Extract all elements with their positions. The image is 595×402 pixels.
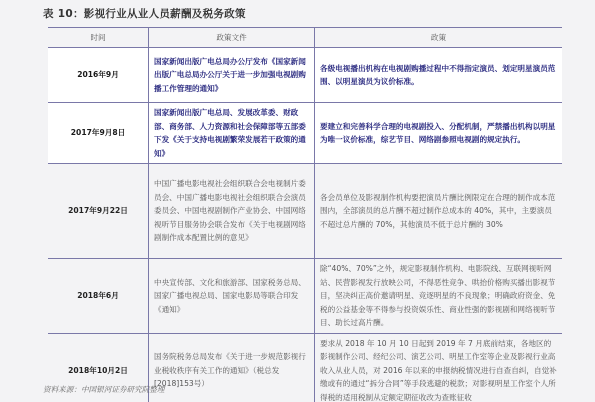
cell-document: 中央宣传部、文化和旅游部、国家税务总局、国家广播电视总局、国家电影局等联合印发《… — [149, 259, 315, 334]
table-header-row: 时间 政策文件 政策 — [48, 28, 562, 48]
table-caption: 表 10：影视行业从业人员薪酬及税务政策 — [43, 6, 246, 21]
table-row: 2017年9月8日 国家新闻出版广电总局、发展改革委、财政部、商务部、人力资源和… — [48, 103, 562, 164]
cell-document: 中国广播电影电视社会组织联合会电视制片委员会、中国广播电影电视社会组织联合会演员… — [149, 164, 315, 259]
policy-table: 时间 政策文件 政策 2016年9月 国家新闻出版广电总局办公厅发布《国家新闻出… — [48, 27, 562, 402]
cell-policy: 各级电视播出机构在电视剧购播过程中不得指定演员、划定明星演员范围、以明星演员为议… — [315, 48, 563, 103]
table-row: 2018年6月 中央宣传部、文化和旅游部、国家税务总局、国家广播电视总局、国家电… — [48, 259, 562, 334]
cell-document: 国家新闻出版广电总局、发展改革委、财政部、商务部、人力资源和社会保障部等五部委下… — [149, 103, 315, 164]
cell-policy: 各会员单位及影视制作机构要把演员片酬比例限定在合理的制作成本范围内，全部演员的总… — [315, 164, 563, 259]
cell-policy: 要求从 2018 年 10 月 10 日起到 2019 年 7 月底前结束，各地… — [315, 333, 563, 402]
cell-time: 2016年9月 — [48, 48, 149, 103]
cell-time: 2017年9月8日 — [48, 103, 149, 164]
cell-time: 2017年9月22日 — [48, 164, 149, 259]
header-document: 政策文件 — [149, 28, 315, 48]
cell-time: 2018年6月 — [48, 259, 149, 334]
cell-document: 国家新闻出版广电总局办公厅发布《国家新闻出版广电总局办公厅关于进一步加强电视剧购… — [149, 48, 315, 103]
header-policy: 政策 — [315, 28, 563, 48]
table-row: 2017年9月22日 中国广播电影电视社会组织联合会电视制片委员会、中国广播电影… — [48, 164, 562, 259]
cell-document: 国务院税务总局发布《关于进一步规范影视行业税收秩序有关工作的通知》（税总发[20… — [149, 333, 315, 402]
header-time: 时间 — [48, 28, 149, 48]
cell-policy: 要建立和完善科学合理的电视剧投入、分配机制，严禁播出机构以明星为唯一议价标准，综… — [315, 103, 563, 164]
source-note: 资料来源：中国银河证券研究院整理 — [43, 384, 165, 395]
cell-policy: 除“40%、70%”之外，规定影视制作机构、电影院线、互联网视听网站、民营影视发… — [315, 259, 563, 334]
table-row: 2016年9月 国家新闻出版广电总局办公厅发布《国家新闻出版广电总局办公厅关于进… — [48, 48, 562, 103]
